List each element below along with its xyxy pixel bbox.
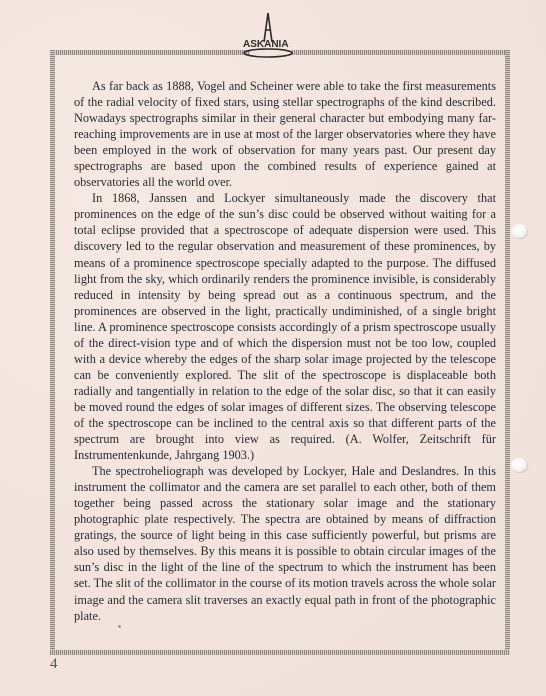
paragraph-spectroheliograph: The spectroheliograph was developed by L… [74,463,496,623]
punch-hole-lower [511,458,527,472]
top-border-right [292,50,510,55]
left-border [50,50,55,654]
page-number: 4 [50,656,58,673]
paragraph-janssen-lockyer: In 1868, Janssen and Lockyer simultaneou… [74,190,496,463]
top-border-left [50,50,250,55]
body-text: As far back as 1888, Vogel and Scheiner … [74,78,496,624]
punch-hole-upper [511,224,527,238]
paragraph-vogel-scheiner: As far back as 1888, Vogel and Scheiner … [74,78,496,190]
askania-logo: ASKANIA [240,10,296,60]
bottom-border [50,650,510,655]
right-border [505,50,510,654]
speck [118,625,121,628]
